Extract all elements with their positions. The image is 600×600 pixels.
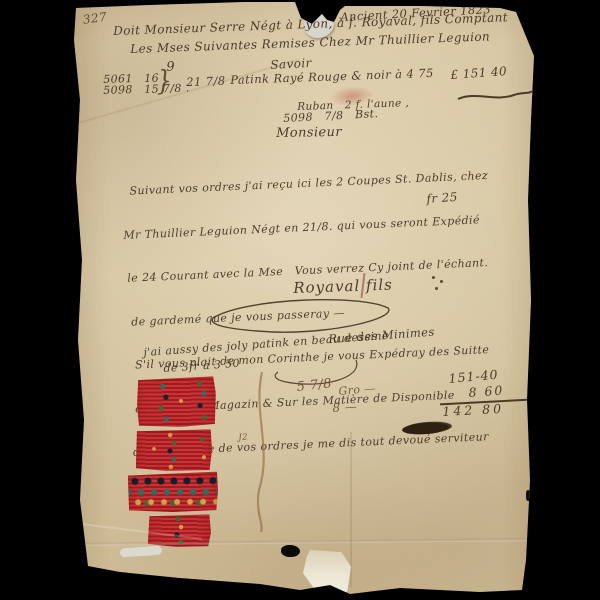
corner-mark: ∆ <box>520 5 528 16</box>
order-description: Patink Rayé Rouge & noir à 4 75 <box>230 66 434 87</box>
ink-dots <box>432 276 435 279</box>
salutation: Monsieur <box>276 125 342 141</box>
calc-small-mark: J2 <box>238 432 248 443</box>
calc-total: 142 80 <box>442 401 504 419</box>
calc-eight-dash: 8 — <box>332 399 358 415</box>
fabric-band <box>148 514 211 548</box>
document-paper: 327 Ancient 20 Fevrier 1823 ∆ Doit Monsi… <box>68 2 534 594</box>
folio-number: 327 <box>82 10 108 27</box>
paper-hole <box>281 545 300 557</box>
fabric-band <box>128 472 218 513</box>
order-row-ref: 5098 <box>103 83 133 97</box>
letter-body-line: Mr Thuillier Leguion Négt en 21/8. qui v… <box>123 212 490 242</box>
tear-patch <box>303 550 351 592</box>
price-note: fr 25 <box>426 190 458 206</box>
tear-patch <box>120 546 163 558</box>
edge-speck <box>526 490 530 501</box>
fabric-band <box>136 429 212 472</box>
ink-streak <box>248 372 280 534</box>
amount-flourish <box>456 88 534 104</box>
paper-crease <box>68 538 534 546</box>
order-total-qty: 21 7/8 <box>186 74 226 89</box>
fabric-band <box>137 376 217 427</box>
calc-deduction: 8 60 <box>468 382 505 399</box>
photograph: 327 Ancient 20 Fevrier 1823 ∆ Doit Monsi… <box>0 0 600 600</box>
order-amount: £ 151 40 <box>450 64 507 82</box>
brace: } <box>156 64 173 97</box>
